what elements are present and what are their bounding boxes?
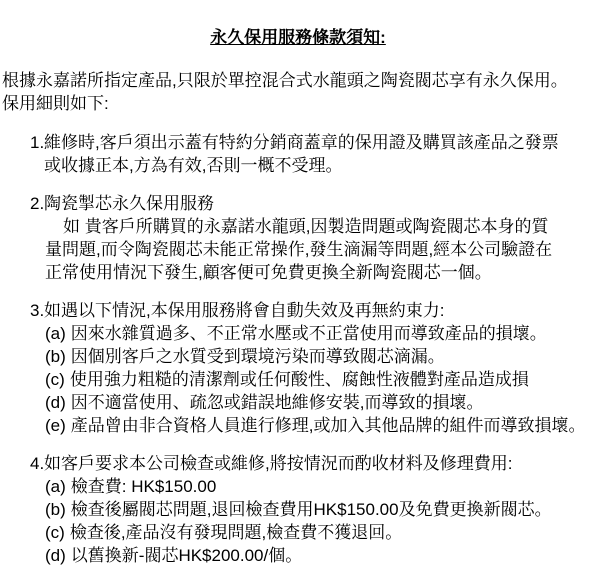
intro-line-1: 根據永嘉諾所指定產品,只限於單控混合式水龍頭之陶瓷閥芯享有永久保用。: [2, 71, 568, 90]
item-2-body: 如 貴客戶所購買的永嘉諾水龍頭,因製造問題或陶瓷閥芯本身的質量問題,而令陶瓷閥芯…: [45, 215, 560, 284]
subitem-3b-text: 因個別客戶之水質受到環境污染而導致閥芯滴漏。: [71, 347, 445, 366]
subitem-3b-label: (b): [45, 347, 66, 366]
subitem-4a-text: 檢查費: HK$150.00: [71, 477, 217, 496]
warranty-item-1: 1. 維修時,客戶須出示蓋有特約分銷商蓋章的保用證及購買該產品之發票或收據正本,…: [30, 131, 560, 177]
item-4-number: 4.: [30, 452, 44, 475]
subitem-4c-label: (c): [45, 523, 65, 542]
document-title: 永久保用服務條款須知:: [0, 26, 596, 49]
intro-paragraph: 根據永嘉諾所指定產品,只限於單控混合式水龍頭之陶瓷閥芯享有永久保用。保用細則如下…: [0, 69, 596, 115]
subitem-4b-label: (b): [45, 500, 66, 519]
warranty-document-page: 永久保用服務條款須知: 根據永嘉諾所指定產品,只限於單控混合式水龍頭之陶瓷閥芯享…: [0, 26, 596, 567]
intro-line-2: 保用細則如下:: [2, 94, 109, 113]
warranty-item-2: 2. 陶瓷掣芯永久保用服務 如 貴客戶所購買的永嘉諾水龍頭,因製造問題或陶瓷閥芯…: [30, 192, 560, 284]
subitem-4d-label: (d): [45, 546, 66, 565]
warranty-item-3: 3. 如遇以下情況,本保用服務將會自動失效及再無約束力: (a)因來水雜質過多、…: [30, 299, 560, 437]
warranty-subitem-4d: (d)以舊換新-閥芯HK$200.00/個。: [45, 544, 560, 567]
warranty-item-4: 4. 如客戶要求本公司檢查或維修,將按情況而酌收材料及修理費用: (a)檢查費:…: [30, 452, 560, 567]
warranty-subitem-3e: (e)產品曾由非合資格人員進行修理,或加入其他品牌的組件而導致損壞。: [45, 414, 560, 437]
subitem-3c-label: (c): [45, 370, 65, 389]
subitem-4a-label: (a): [45, 477, 66, 496]
subitem-3d-text: 因不適當使用、疏忽或錯誤地維修安裝,而導致的損壞。: [71, 393, 484, 412]
subitem-3a-text: 因來水雜質過多、不正常水壓或不正當使用而導致產品的損壞。: [71, 324, 547, 343]
warranty-subitem-3c: (c)使用強力粗糙的清潔劑或任何酸性、腐蝕性液體對產品造成損: [45, 368, 560, 391]
warranty-subitem-4c: (c)檢查後,產品沒有發現問題,檢查費不獲退回。: [45, 521, 560, 544]
subitem-4d-text: 以舊換新-閥芯HK$200.00/個。: [71, 546, 302, 565]
warranty-subitem-4b: (b)檢查後屬閥芯問題,退回檢查費用HK$150.00及免費更換新閥芯。: [45, 498, 560, 521]
subitem-3e-label: (e): [45, 416, 66, 435]
item-2-heading: 陶瓷掣芯永久保用服務: [44, 192, 560, 215]
item-3-heading: 如遇以下情況,本保用服務將會自動失效及再無約束力:: [44, 299, 560, 322]
item-4-heading: 如客戶要求本公司檢查或維修,將按情況而酌收材料及修理費用:: [44, 452, 560, 475]
warranty-subitem-4a: (a)檢查費: HK$150.00: [45, 475, 560, 498]
item-2-number: 2.: [30, 192, 44, 215]
subitem-3a-label: (a): [45, 324, 66, 343]
warranty-subitem-3b: (b)因個別客戶之水質受到環境污染而導致閥芯滴漏。: [45, 345, 560, 368]
warranty-subitem-3a: (a)因來水雜質過多、不正常水壓或不正當使用而導致產品的損壞。: [45, 322, 560, 345]
warranty-subitem-3d: (d)因不適當使用、疏忽或錯誤地維修安裝,而導致的損壞。: [45, 391, 560, 414]
item-1-text: 維修時,客戶須出示蓋有特約分銷商蓋章的保用證及購買該產品之發票或收據正本,方為有…: [44, 131, 560, 177]
item-3-number: 3.: [30, 299, 44, 322]
subitem-3c-text: 使用強力粗糙的清潔劑或任何酸性、腐蝕性液體對產品造成損: [70, 370, 529, 389]
subitem-4c-text: 檢查後,產品沒有發現問題,檢查費不獲退回。: [70, 523, 402, 542]
subitem-3d-label: (d): [45, 393, 66, 412]
item-1-number: 1.: [30, 131, 44, 154]
subitem-3e-text: 產品曾由非合資格人員進行修理,或加入其他品牌的組件而導致損壞。: [71, 416, 586, 435]
subitem-4b-text: 檢查後屬閥芯問題,退回檢查費用HK$150.00及免費更換新閥芯。: [71, 500, 552, 519]
